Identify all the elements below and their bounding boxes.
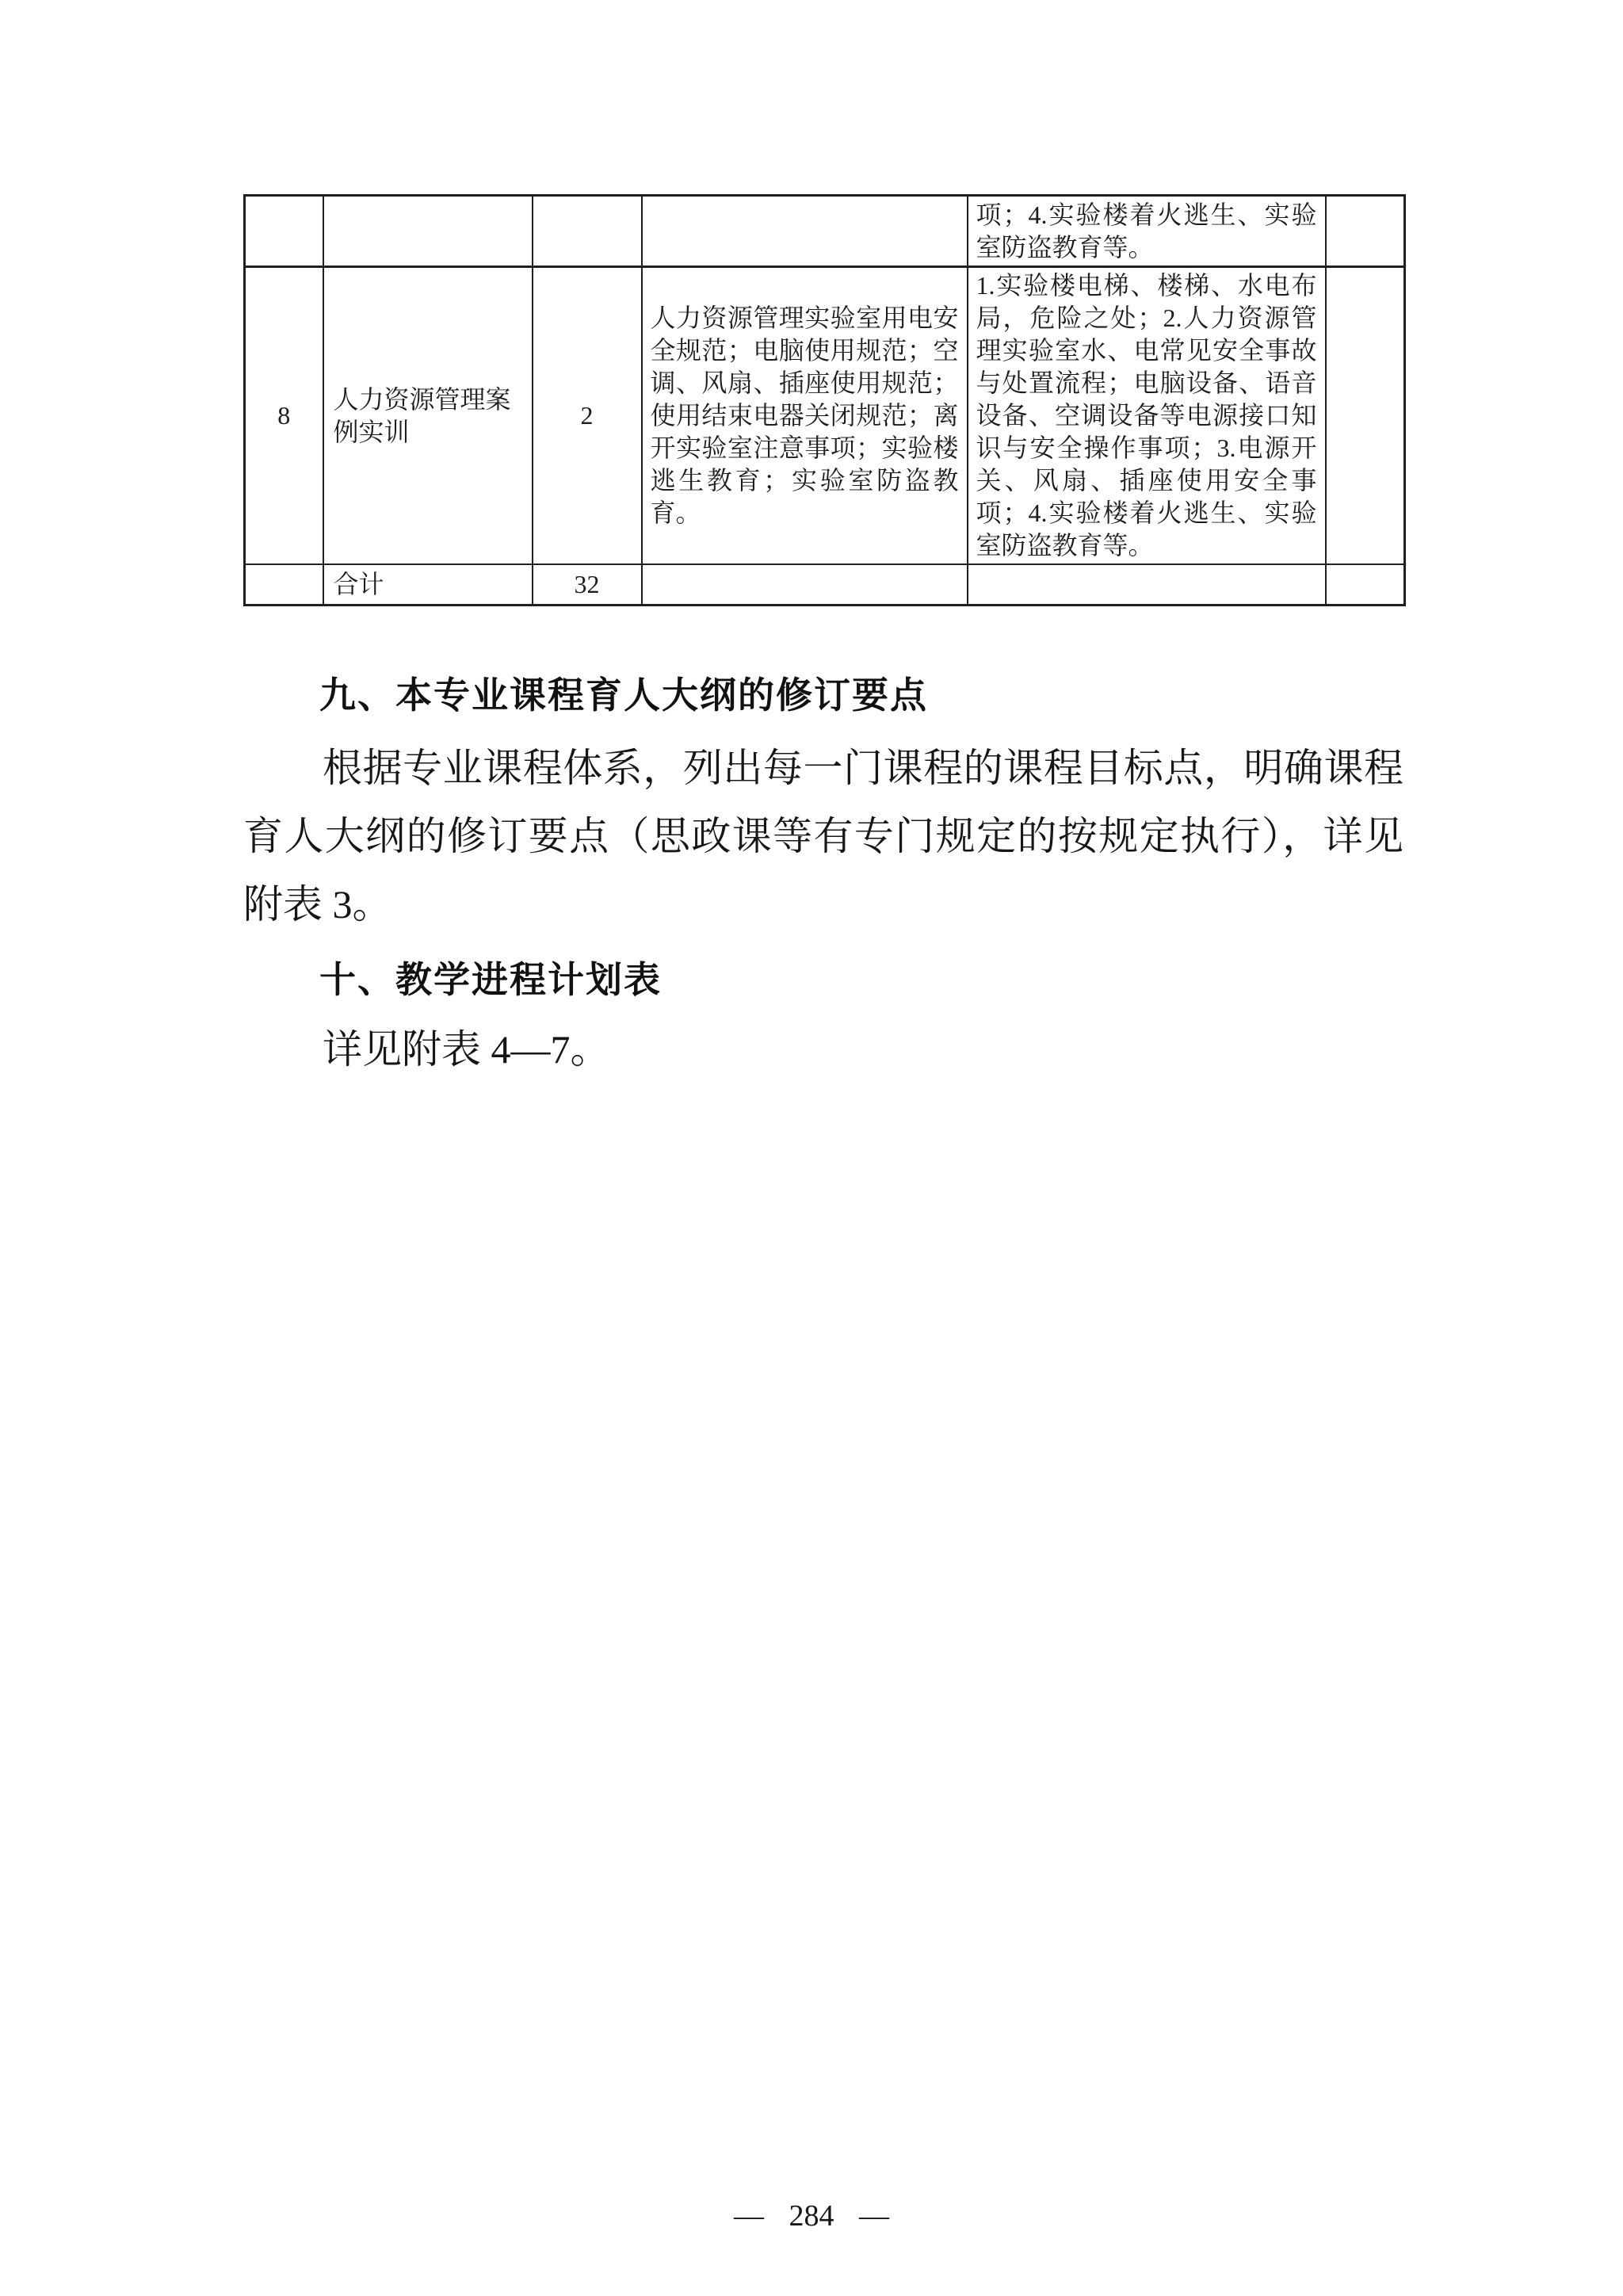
cell-index: 8	[245, 267, 323, 565]
page-number: — 284 —	[0, 2197, 1623, 2235]
table-row-course-8: 8 人力资源管理案例实训 2 人力资源管理实验室用电安全规范；电脑使用规范；空调…	[245, 267, 1405, 565]
cell-safety-points: 1.实验楼电梯、楼梯、水电布局，危险之处；2.人力资源管理实验室水、电常见安全事…	[968, 267, 1326, 565]
cell-total-hours: 32	[533, 564, 642, 605]
cell-safety-points-tail: 项；4.实验楼着火逃生、实验室防盗教育等。	[968, 196, 1326, 267]
section-10-paragraph: 详见附表 4—7。	[243, 1015, 1403, 1083]
section-9-heading: 九、本专业课程育人大纲的修订要点	[243, 671, 1403, 719]
table-row-total: 合计 32	[245, 564, 1405, 605]
section-10-heading: 十、教学进程计划表	[243, 956, 1403, 1003]
cell-index-empty	[245, 564, 323, 605]
section-9-paragraph: 根据专业课程体系，列出每一门课程的课程目标点，明确课程育人大纲的修订要点（思政课…	[243, 734, 1403, 938]
course-safety-table: 项；4.实验楼着火逃生、实验室防盗教育等。 8 人力资源管理案例实训 2 人力资…	[243, 194, 1406, 606]
cell-remark-empty	[1326, 196, 1405, 267]
cell-norms-empty	[642, 564, 968, 605]
cell-remark-empty	[1326, 267, 1405, 565]
cell-remark-empty	[1326, 564, 1405, 605]
cell-hours: 2	[533, 267, 642, 565]
cell-norms-empty	[642, 196, 968, 267]
cell-total-label: 合计	[323, 564, 533, 605]
cell-course-name: 人力资源管理案例实训	[323, 267, 533, 565]
cell-points-empty	[968, 564, 1326, 605]
cell-index-empty	[245, 196, 323, 267]
cell-hours-empty	[533, 196, 642, 267]
cell-safety-norms: 人力资源管理实验室用电安全规范；电脑使用规范；空调、风扇、插座使用规范；使用结束…	[642, 267, 968, 565]
document-page: 项；4.实验楼着火逃生、实验室防盗教育等。 8 人力资源管理案例实训 2 人力资…	[0, 0, 1623, 2296]
table-row-continuation: 项；4.实验楼着火逃生、实验室防盗教育等。	[245, 196, 1405, 267]
cell-course-empty	[323, 196, 533, 267]
